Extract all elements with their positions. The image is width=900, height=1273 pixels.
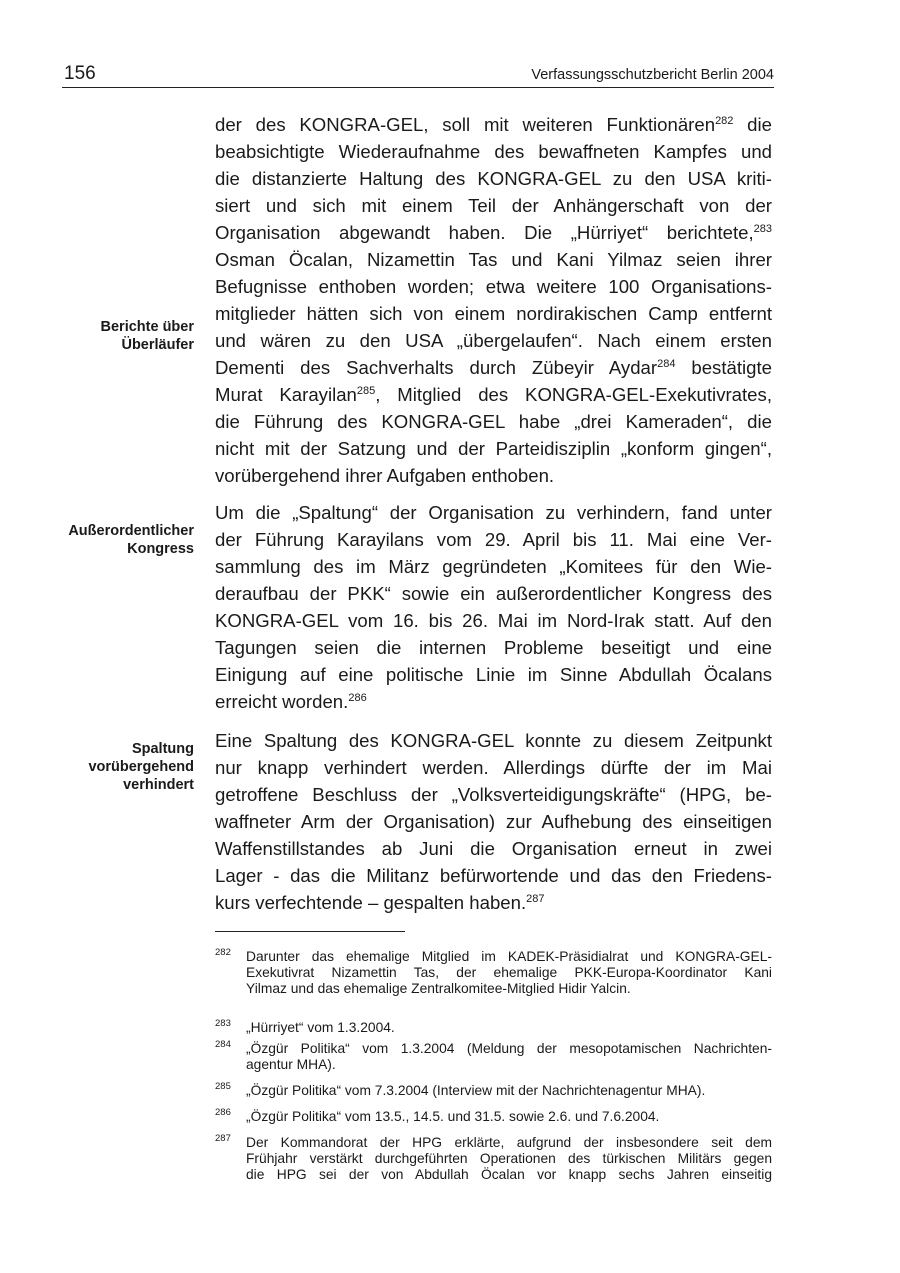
footnote-text: „Özgür Politika“ vom 13.5., 14.5. und 31…	[246, 1109, 772, 1125]
text-line: kurs verfechtende – gespalten haben.287	[215, 889, 772, 916]
footnote-number: 286	[215, 1107, 231, 1118]
text-line: waffneter Arm der Organisation) zur Aufh…	[215, 808, 772, 835]
header-rule	[62, 87, 774, 88]
text-line: Osman Öcalan, Nizamettin Tas und Kani Yi…	[215, 246, 772, 273]
footnote-number: 285	[215, 1081, 231, 1092]
text-line: der des KONGRA-GEL, soll mit weiteren Fu…	[215, 111, 772, 138]
margin-note-line: Berichte über	[101, 318, 194, 336]
margin-note-line: Außerordentlicher	[68, 522, 194, 540]
footnote-number: 287	[215, 1133, 231, 1144]
text-line: Eine Spaltung des KONGRA-GEL konnte zu d…	[215, 727, 772, 754]
footnote-ref[interactable]: 284	[657, 358, 675, 370]
margin-note-line: verhindert	[88, 776, 194, 794]
text-line: Organisation abgewandt haben. Die „Hürri…	[215, 219, 772, 246]
text-line: Murat Karayilan285, Mitglied des KONGRA-…	[215, 381, 772, 408]
footnote-ref[interactable]: 282	[715, 115, 733, 127]
footnote-number: 284	[215, 1039, 231, 1050]
footnote-ref[interactable]: 286	[348, 692, 366, 704]
text-line: beabsichtigte Wiederaufnahme des bewaffn…	[215, 138, 772, 165]
text-line: nicht mit der Satzung und der Parteidisz…	[215, 435, 772, 462]
footnote-number: 282	[215, 947, 231, 958]
text-line: Waffenstillstandes ab Juni die Organisat…	[215, 835, 772, 862]
margin-note-berichte: Berichte über Überläufer	[101, 318, 194, 354]
page-header: 156 Verfassungsschutzbericht Berlin 2004	[62, 63, 774, 87]
text-line: Lager - das die Militanz befürwortende u…	[215, 862, 772, 889]
margin-note-line: Kongress	[68, 540, 194, 558]
text-line: Befugnisse enthoben worden; etwa weitere…	[215, 273, 772, 300]
text-line: erreicht worden.286	[215, 688, 772, 715]
paragraph-spaltung: Eine Spaltung des KONGRA-GEL konnte zu d…	[215, 727, 772, 916]
text-line: sammlung des im März gegründeten „Komite…	[215, 553, 772, 580]
text-line: der Führung Karayilans vom 29. April bis…	[215, 526, 772, 553]
text-line: Dementi des Sachverhalts durch Zübeyir A…	[215, 354, 772, 381]
footnote-text: Darunter das ehemalige Mitglied im KADEK…	[246, 949, 772, 997]
margin-note-line: Überläufer	[101, 336, 194, 354]
margin-note-spaltung: Spaltung vorübergehend verhindert	[88, 740, 194, 794]
text-line: deraufbau der PKK“ sowie ein außerordent…	[215, 580, 772, 607]
text-line: siert und sich mit einem Teil der Anhäng…	[215, 192, 772, 219]
footnote-text: „Özgür Politika“ vom 7.3.2004 (Interview…	[246, 1083, 772, 1099]
text-line: die distanzierte Haltung des KONGRA-GEL …	[215, 165, 772, 192]
footnote-separator	[215, 931, 405, 932]
footnote-text: Der Kommandorat der HPG erklärte, aufgru…	[246, 1135, 772, 1183]
text-line: Um die „Spaltung“ der Organisation zu ve…	[215, 499, 772, 526]
text-line: Tagungen seien die internen Probleme bes…	[215, 634, 772, 661]
text-line: Einigung auf eine politische Linie im Si…	[215, 661, 772, 688]
running-title: Verfassungsschutzbericht Berlin 2004	[531, 67, 774, 83]
margin-note-line: Spaltung	[88, 740, 194, 758]
text-line: getroffene Beschluss der „Volksverteidig…	[215, 781, 772, 808]
margin-note-kongress: Außerordentlicher Kongress	[68, 522, 194, 558]
text-line: die Führung des KONGRA-GEL habe „drei Ka…	[215, 408, 772, 435]
text-line: nur knapp verhindert werden. Allerdings …	[215, 754, 772, 781]
text-line: mitglieder hätten sich von einem nordira…	[215, 300, 772, 327]
text-line: und wären zu den USA „übergelaufen“. Nac…	[215, 327, 772, 354]
margin-note-line: vorübergehend	[88, 758, 194, 776]
paragraph-ueberlaeufer: der des KONGRA-GEL, soll mit weiteren Fu…	[215, 111, 772, 489]
footnote-ref[interactable]: 285	[357, 385, 375, 397]
footnote-text: „Hürriyet“ vom 1.3.2004.	[246, 1020, 772, 1036]
footnote-text: „Özgür Politika“ vom 1.3.2004 (Meldung d…	[246, 1041, 772, 1073]
footnote-ref[interactable]: 283	[754, 223, 772, 235]
text-line: KONGRA-GEL vom 16. bis 26. Mai im Nord-I…	[215, 607, 772, 634]
footnote-number: 283	[215, 1018, 231, 1029]
page-number: 156	[64, 63, 96, 85]
footnote-ref[interactable]: 287	[526, 893, 544, 905]
text-line: vorübergehend ihrer Aufgaben enthoben.	[215, 462, 772, 489]
paragraph-kongress: Um die „Spaltung“ der Organisation zu ve…	[215, 499, 772, 715]
